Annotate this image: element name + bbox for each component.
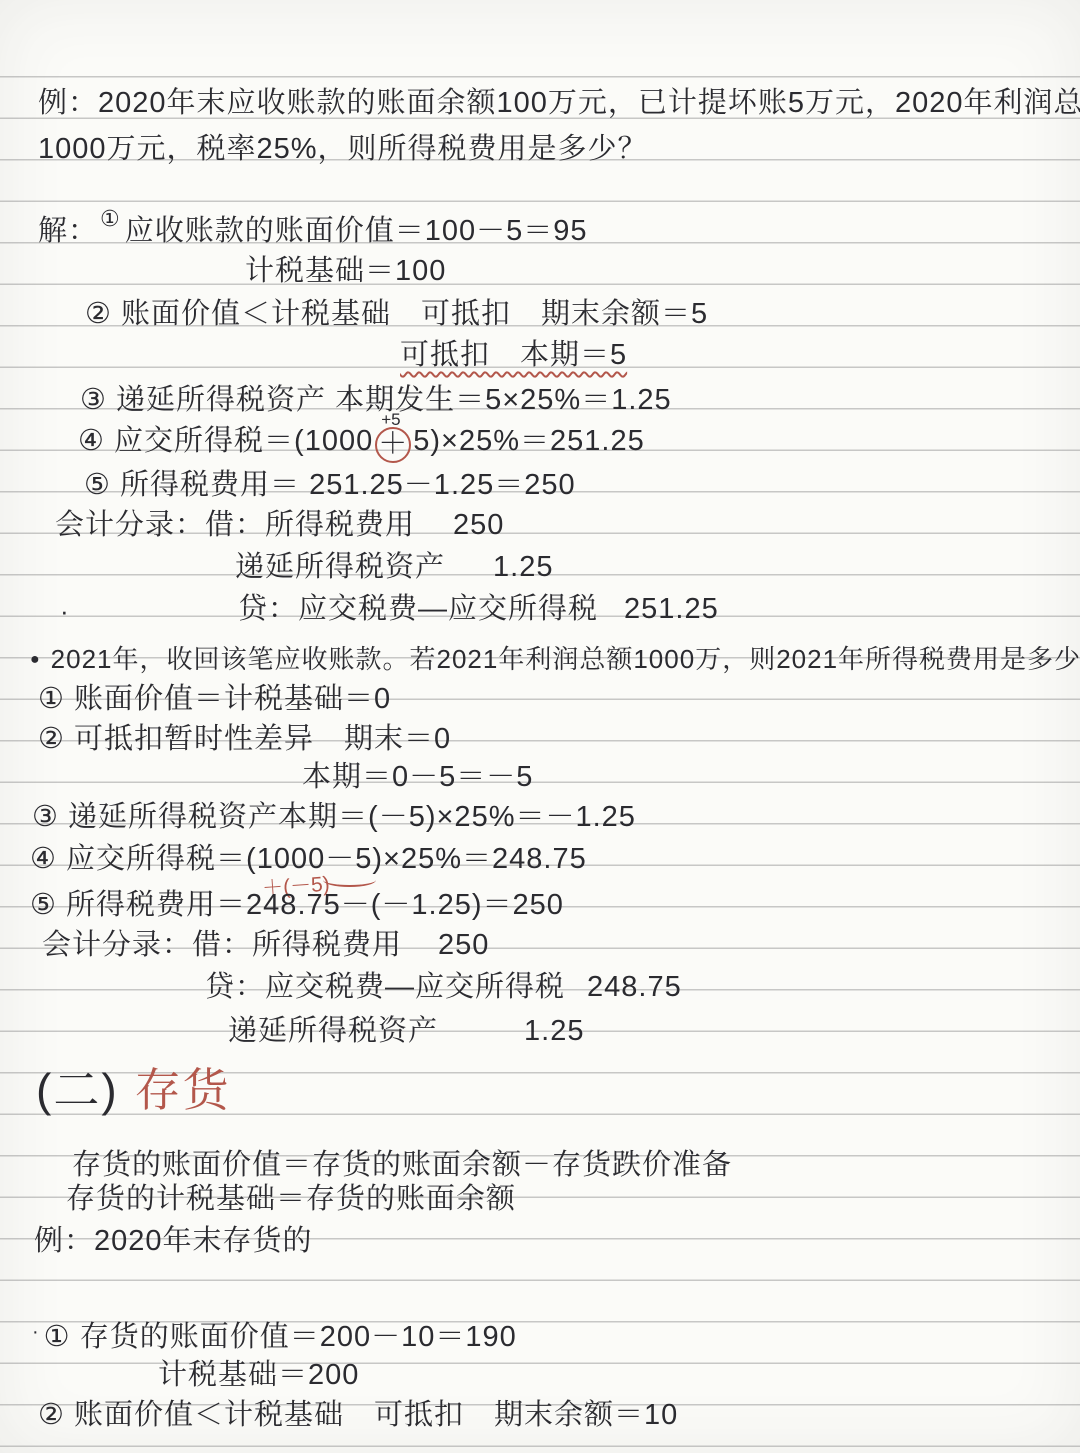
- solution1-step1: 解：①应收账款的账面价值＝100－5＝95: [38, 212, 588, 252]
- entry-label: 会计分录：借：所得税费用: [55, 509, 415, 541]
- problem1-line2: 1000万元，税率25%，则所得税费用是多少？: [38, 130, 648, 168]
- entry-label: 贷：应交税费—应交所得税: [205, 971, 565, 1003]
- solution2-step2b: 本期＝0－5＝－5: [302, 758, 533, 796]
- entry-label: 贷：应交税费—应交所得税: [238, 593, 598, 625]
- problem2-line: ●2021年，收回该笔应收账款。若2021年利润总额1000万，则2021年所得…: [30, 640, 1080, 679]
- superscript-note: +5: [381, 405, 400, 435]
- solution1-step5: ⑤ 所得税费用＝ 251.25－1.25＝250: [84, 466, 576, 504]
- solution2-entry-credit2: 递延所得税资产1.25: [228, 1012, 584, 1050]
- step1-marker: ①: [100, 200, 121, 238]
- solution1-entry-debit2: 递延所得税资产1.25: [235, 548, 553, 586]
- notebook-page: 例：2020年末应收账款的账面余额100万元，已计提坏账5万元，2020年利润总…: [0, 0, 1080, 1453]
- solution1-step3: ③ 递延所得税资产 本期发生＝5×25%＝1.25: [80, 381, 672, 419]
- stray-ink-dot: ·: [32, 1321, 40, 1343]
- stray-ink-dot: ·: [60, 596, 69, 627]
- entry-amount: 250: [438, 926, 489, 964]
- entry-amount: 1.25: [493, 548, 553, 586]
- solve-label: 解：: [38, 215, 98, 247]
- solution1-step2b: 可抵扣 本期＝5: [400, 336, 627, 374]
- entry-label: 递延所得税资产: [228, 1015, 438, 1047]
- bullet-dot: ●: [30, 651, 41, 668]
- inventory-formula2: 存货的计税基础＝存货的账面余额: [66, 1180, 516, 1218]
- red-circle-annotation: ＋+5: [375, 427, 411, 463]
- section-title-red: 存货: [135, 1064, 231, 1116]
- solution1-step4: ④ 应交所得税＝(1000＋+55)×25%＝251.25: [78, 422, 645, 463]
- problem1-line1: 例：2020年末应收账款的账面余额100万元，已计提坏账5万元，2020年利润总…: [38, 84, 1080, 122]
- entry-amount: 248.75: [587, 968, 682, 1006]
- solution1-step2: ② 账面价值＜计税基础 可抵扣 期末余额＝5: [85, 295, 708, 333]
- section-heading: (二)存货: [36, 1064, 231, 1116]
- solution2-step5: ⑤ 所得税费用＝248.75－(－1.25)＝250: [30, 886, 564, 924]
- step4-post: 5)×25%＝251.25: [413, 425, 644, 457]
- section-number: (二): [36, 1064, 119, 1116]
- solution1-step1b: 计税基础＝100: [245, 252, 446, 290]
- entry-label: 会计分录：借：所得税费用: [42, 929, 402, 961]
- entry-amount: 1.25: [524, 1012, 584, 1050]
- inventory-example-intro: 例：2020年末存货的: [34, 1222, 313, 1260]
- solution2-step1: ① 账面价值＝计税基础＝0: [38, 680, 391, 718]
- solution1-entry-credit: 贷：应交税费—应交所得税251.25: [238, 590, 719, 628]
- red-arc-underline: －5: [325, 840, 372, 878]
- inventory-step2: ② 账面价值＜计税基础 可抵扣 期末余额＝10: [38, 1396, 678, 1434]
- step4-post: )×25%＝248.75: [372, 843, 586, 875]
- inventory-formula1: 存货的账面价值＝存货的账面余额－存货跌价准备: [72, 1146, 732, 1184]
- entry-label: 递延所得税资产: [235, 551, 445, 583]
- inventory-step1: ·① 存货的账面价值＝200－10＝190: [32, 1313, 517, 1356]
- wavy-underline-red: 可抵扣 本期＝5: [400, 339, 627, 371]
- solution2-entry-credit: 贷：应交税费—应交所得税248.75: [205, 968, 682, 1006]
- solution1-entry-debit: 会计分录：借：所得税费用250: [55, 506, 504, 544]
- problem2-text: 2021年，收回该笔应收账款。若2021年利润总额1000万，则2021年所得税…: [51, 644, 1080, 674]
- inventory-step1b: 计税基础＝200: [158, 1356, 359, 1394]
- step1-text: 应收账款的账面价值＝100－5＝95: [125, 215, 588, 247]
- solution2-entry-debit: 会计分录：借：所得税费用250: [42, 926, 489, 964]
- step1-text: ① 存货的账面价值＝200－10＝190: [44, 1321, 517, 1353]
- entry-amount: 251.25: [624, 590, 719, 628]
- entry-amount: 250: [453, 506, 504, 544]
- solution2-step3: ③ 递延所得税资产本期＝(－5)×25%＝－1.25: [32, 798, 636, 836]
- solution2-step2: ② 可抵扣暂时性差异 期末＝0: [38, 720, 451, 758]
- step4-pre: ④ 应交所得税＝(1000: [78, 425, 373, 457]
